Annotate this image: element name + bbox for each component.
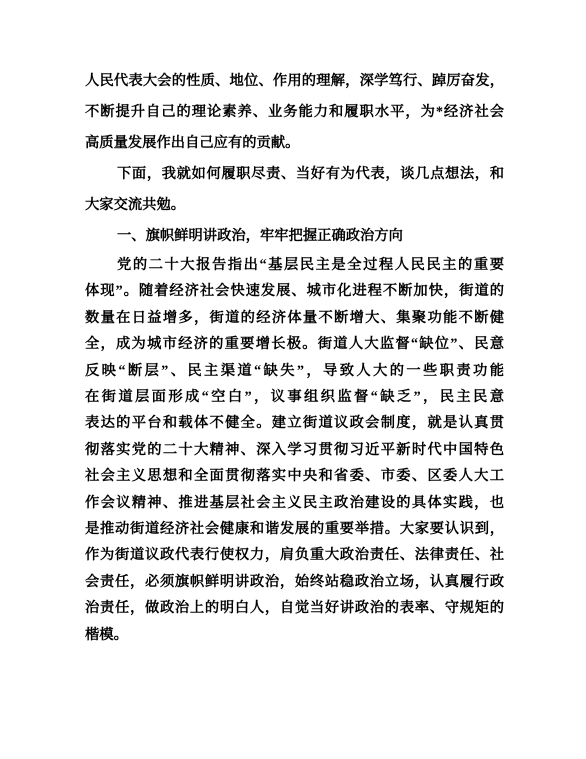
text-line: 在街道层面形成“空白”，议事组织监督“缺乏”，民主民意 (85, 384, 504, 410)
text-line: 人民代表大会的性质、地位、作用的理解，深学笃行、踔厉奋发， (85, 66, 504, 97)
text-line: 党的二十大报告指出“基层民主是全过程人民民主的重要 (85, 252, 504, 278)
text-line: 全，成为城市经济的重要增长极。街道人大监督“缺位”、民意 (85, 331, 504, 357)
text-line: 会责任，必须旗帜鲜明讲政治，始终站稳政治立场，认真履行政 (85, 569, 504, 595)
document-page: 人民代表大会的性质、地位、作用的理解，深学笃行、踔厉奋发，不断提升自己的理论素养… (0, 0, 586, 759)
text-line: 一、旗帜鲜明讲政治，牢牢把握正确政治方向 (85, 221, 504, 252)
text-line: 治责任，做政治上的明白人，自觉当好讲政治的表率、守规矩的 (85, 595, 504, 621)
paragraph: 下面，我就如何履职尽责、当好有为代表，谈几点想法，和大家交流共勉。 (85, 159, 504, 221)
text-line: 作会议精神、推进基层社会主义民主政治建设的具体实践，也 (85, 490, 504, 516)
paragraph: 人民代表大会的性质、地位、作用的理解，深学笃行、踔厉奋发，不断提升自己的理论素养… (85, 66, 504, 159)
text-line: 不断提升自己的理论素养、业务能力和履职水平，为*经济社会 (85, 97, 504, 128)
text-line: 社会主义思想和全面贯彻落实中央和省委、市委、区委人大工 (85, 463, 504, 489)
text-line: 下面，我就如何履职尽责、当好有为代表，谈几点想法，和 (85, 159, 504, 190)
text-line: 是推动街道经济社会健康和谐发展的重要举措。大家要认识到， (85, 516, 504, 542)
text-line: 表达的平台和载体不健全。建立街道议政会制度，就是认真贯 (85, 410, 504, 436)
text-block: 人民代表大会的性质、地位、作用的理解，深学笃行、踔厉奋发，不断提升自己的理论素养… (85, 66, 504, 648)
text-line: 反映“断层”、民主渠道“缺失”，导致人大的一些职责功能 (85, 358, 504, 384)
text-line: 作为街道议政代表行使权力，肩负重大政治责任、法律责任、社 (85, 542, 504, 568)
text-line: 彻落实党的二十大精神、深入学习贯彻习近平新时代中国特色 (85, 437, 504, 463)
section-heading: 一、旗帜鲜明讲政治，牢牢把握正确政治方向 (85, 221, 504, 252)
text-line: 体现”。随着经济社会快速发展、城市化进程不断加快，街道的 (85, 278, 504, 304)
text-line: 大家交流共勉。 (85, 190, 504, 221)
text-line: 数量在日益增多，街道的经济体量不断增大、集聚功能不断健 (85, 305, 504, 331)
text-line: 高质量发展作出自己应有的贡献。 (85, 128, 504, 159)
paragraph: 党的二十大报告指出“基层民主是全过程人民民主的重要体现”。随着经济社会快速发展、… (85, 252, 504, 648)
text-line: 楷模。 (85, 622, 504, 648)
